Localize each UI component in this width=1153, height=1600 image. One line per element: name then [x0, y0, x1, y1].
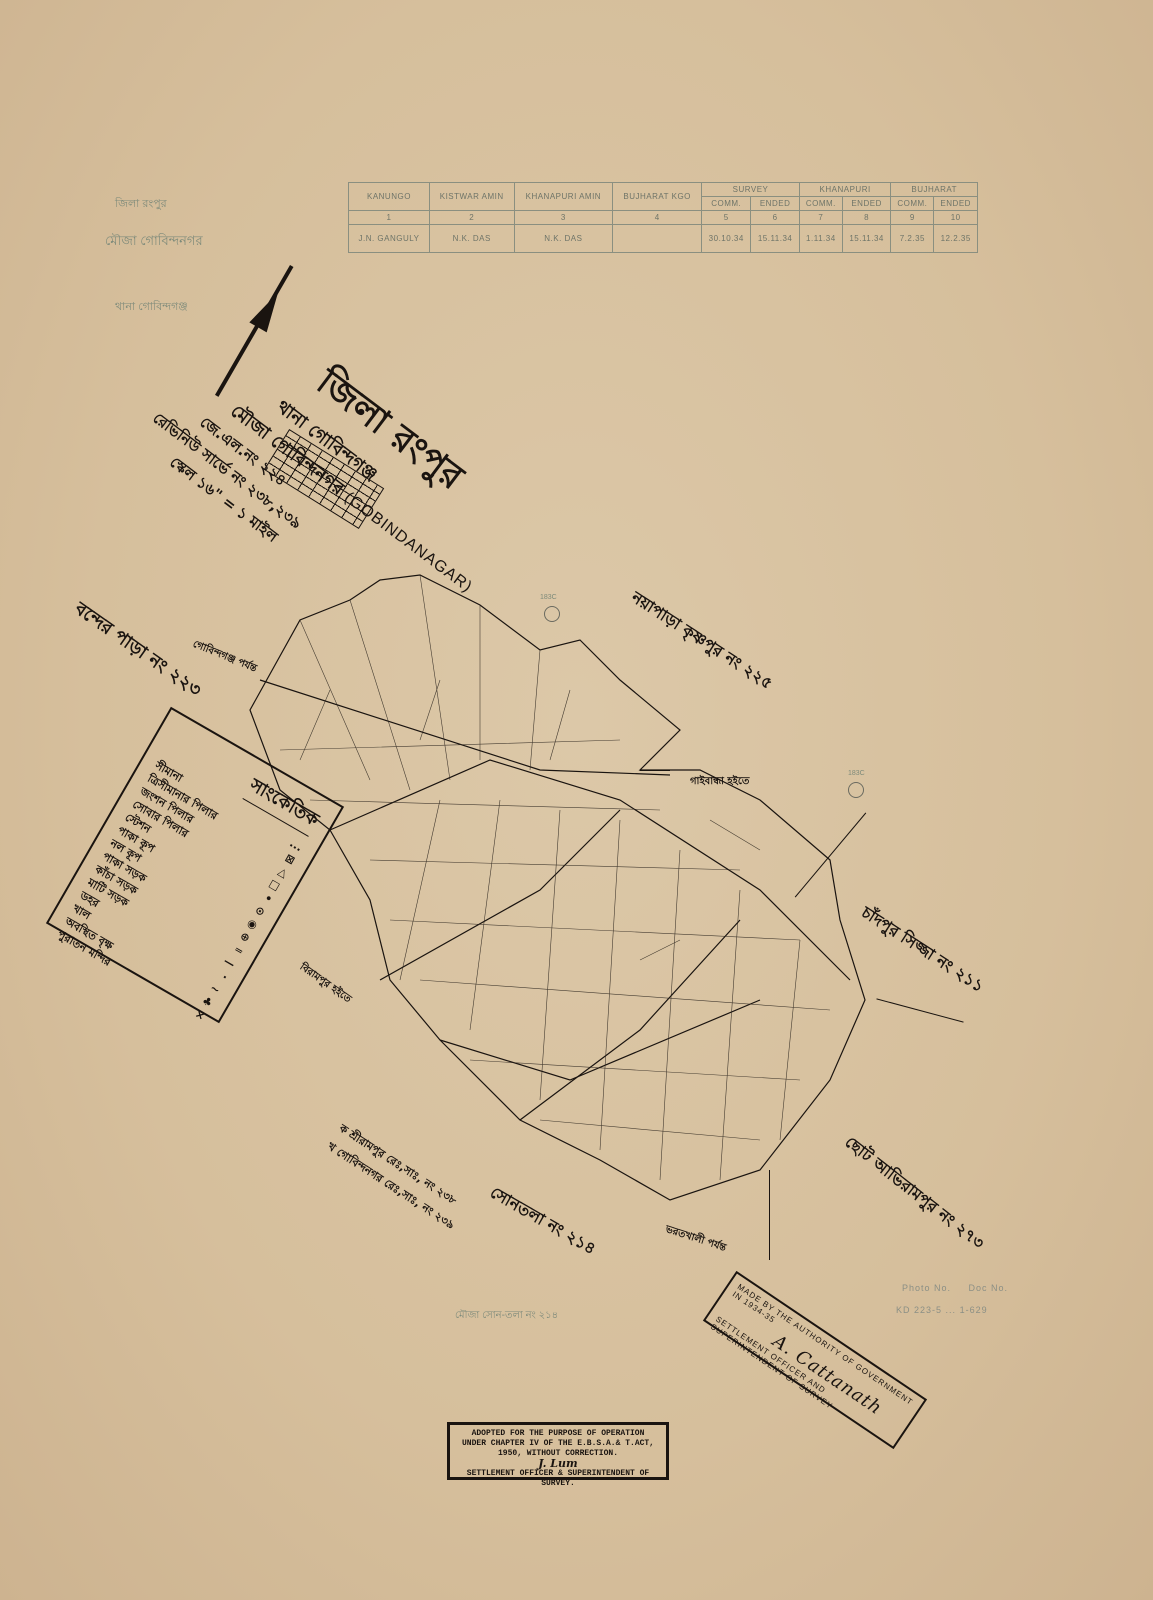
header-bujharat-kgo: Bujharat Kgo [613, 183, 702, 211]
stamp-line: UNDER CHAPTER IV OF THE E.B.S.A.& T.ACT, [450, 1439, 666, 1449]
stamp-line: ADOPTED FOR THE PURPOSE OF OPERATION [450, 1429, 666, 1439]
col-number: 10 [934, 211, 978, 225]
survey-station-icon [544, 606, 560, 622]
col-number: 5 [702, 211, 751, 225]
road-line [640, 770, 670, 771]
col-number: 8 [842, 211, 891, 225]
header-ended: Ended [751, 197, 800, 211]
doc-label: Doc No. [969, 1283, 1009, 1293]
pencil-note: জিলা রংপুর [115, 195, 167, 214]
cell-khanapuri-amin: N.K. Das [514, 225, 613, 253]
photo-doc-labels: Photo No. Doc No. [902, 1283, 1008, 1293]
separator: ... [946, 1305, 957, 1315]
cell-khanapuri-ended: 15.11.34 [842, 225, 891, 253]
header-ended: Ended [934, 197, 978, 211]
pencil-note: মৌজা গোবিন্দনগর [105, 232, 203, 253]
photo-label: Photo No. [902, 1283, 951, 1293]
col-number: 7 [799, 211, 842, 225]
header-comm: Comm. [702, 197, 751, 211]
survey-station-label: 183C [848, 770, 865, 777]
pencil-note: থানা গোবিন্দগঞ্জ [115, 298, 188, 317]
header-survey: Survey [702, 183, 800, 197]
header-bujharat: Bujharat [891, 183, 978, 197]
cell-survey-comm: 30.10.34 [702, 225, 751, 253]
cell-survey-ended: 15.11.34 [751, 225, 800, 253]
cell-bujharat-kgo [613, 225, 702, 253]
survey-status-table: Kanungo Kistwar Amin Khanapuri Amin Bujh… [348, 182, 978, 253]
survey-station-label: 183C [540, 594, 557, 601]
col-number: 2 [429, 211, 514, 225]
col-number: 9 [891, 211, 934, 225]
col-number: 1 [349, 211, 430, 225]
stamp-line: SETTLEMENT OFFICER & SUPERINTENDENT OF [450, 1469, 666, 1479]
plot-boundaries [240, 560, 870, 1210]
header-comm: Comm. [891, 197, 934, 211]
stamp-line: SURVEY. [450, 1479, 666, 1489]
pencil-note-bottom: মৌজা সোন-তলা নং ২১৪ [455, 1308, 558, 1325]
photo-doc-numbers: KD 223-5 ... 1-629 [896, 1305, 988, 1315]
header-kistwar-amin: Kistwar Amin [429, 183, 514, 211]
header-ended: Ended [842, 197, 891, 211]
signature: J. Lum [450, 1459, 666, 1469]
village-plot-map [240, 560, 870, 1210]
adopted-stamp: ADOPTED FOR THE PURPOSE OF OPERATION UND… [447, 1422, 669, 1480]
header-khanapuri: Khanapuri [799, 183, 891, 197]
col-number: 4 [613, 211, 702, 225]
photo-number: KD 223-5 [896, 1305, 942, 1315]
cell-bujharat-ended: 12.2.35 [934, 225, 978, 253]
cell-kanungo: J.N. Ganguly [349, 225, 430, 253]
header-kanungo: Kanungo [349, 183, 430, 211]
road-line [769, 1170, 770, 1260]
doc-number: 1-629 [960, 1305, 988, 1315]
cell-kistwar-amin: N.K. Das [429, 225, 514, 253]
cell-khanapuri-comm: 1.11.34 [799, 225, 842, 253]
survey-station-icon [848, 782, 864, 798]
header-khanapuri-amin: Khanapuri Amin [514, 183, 613, 211]
header-comm: Comm. [799, 197, 842, 211]
col-number: 6 [751, 211, 800, 225]
cell-bujharat-comm: 7.2.35 [891, 225, 934, 253]
road-label-east: গাইবান্ধা হইতে [690, 774, 749, 791]
col-number: 3 [514, 211, 613, 225]
